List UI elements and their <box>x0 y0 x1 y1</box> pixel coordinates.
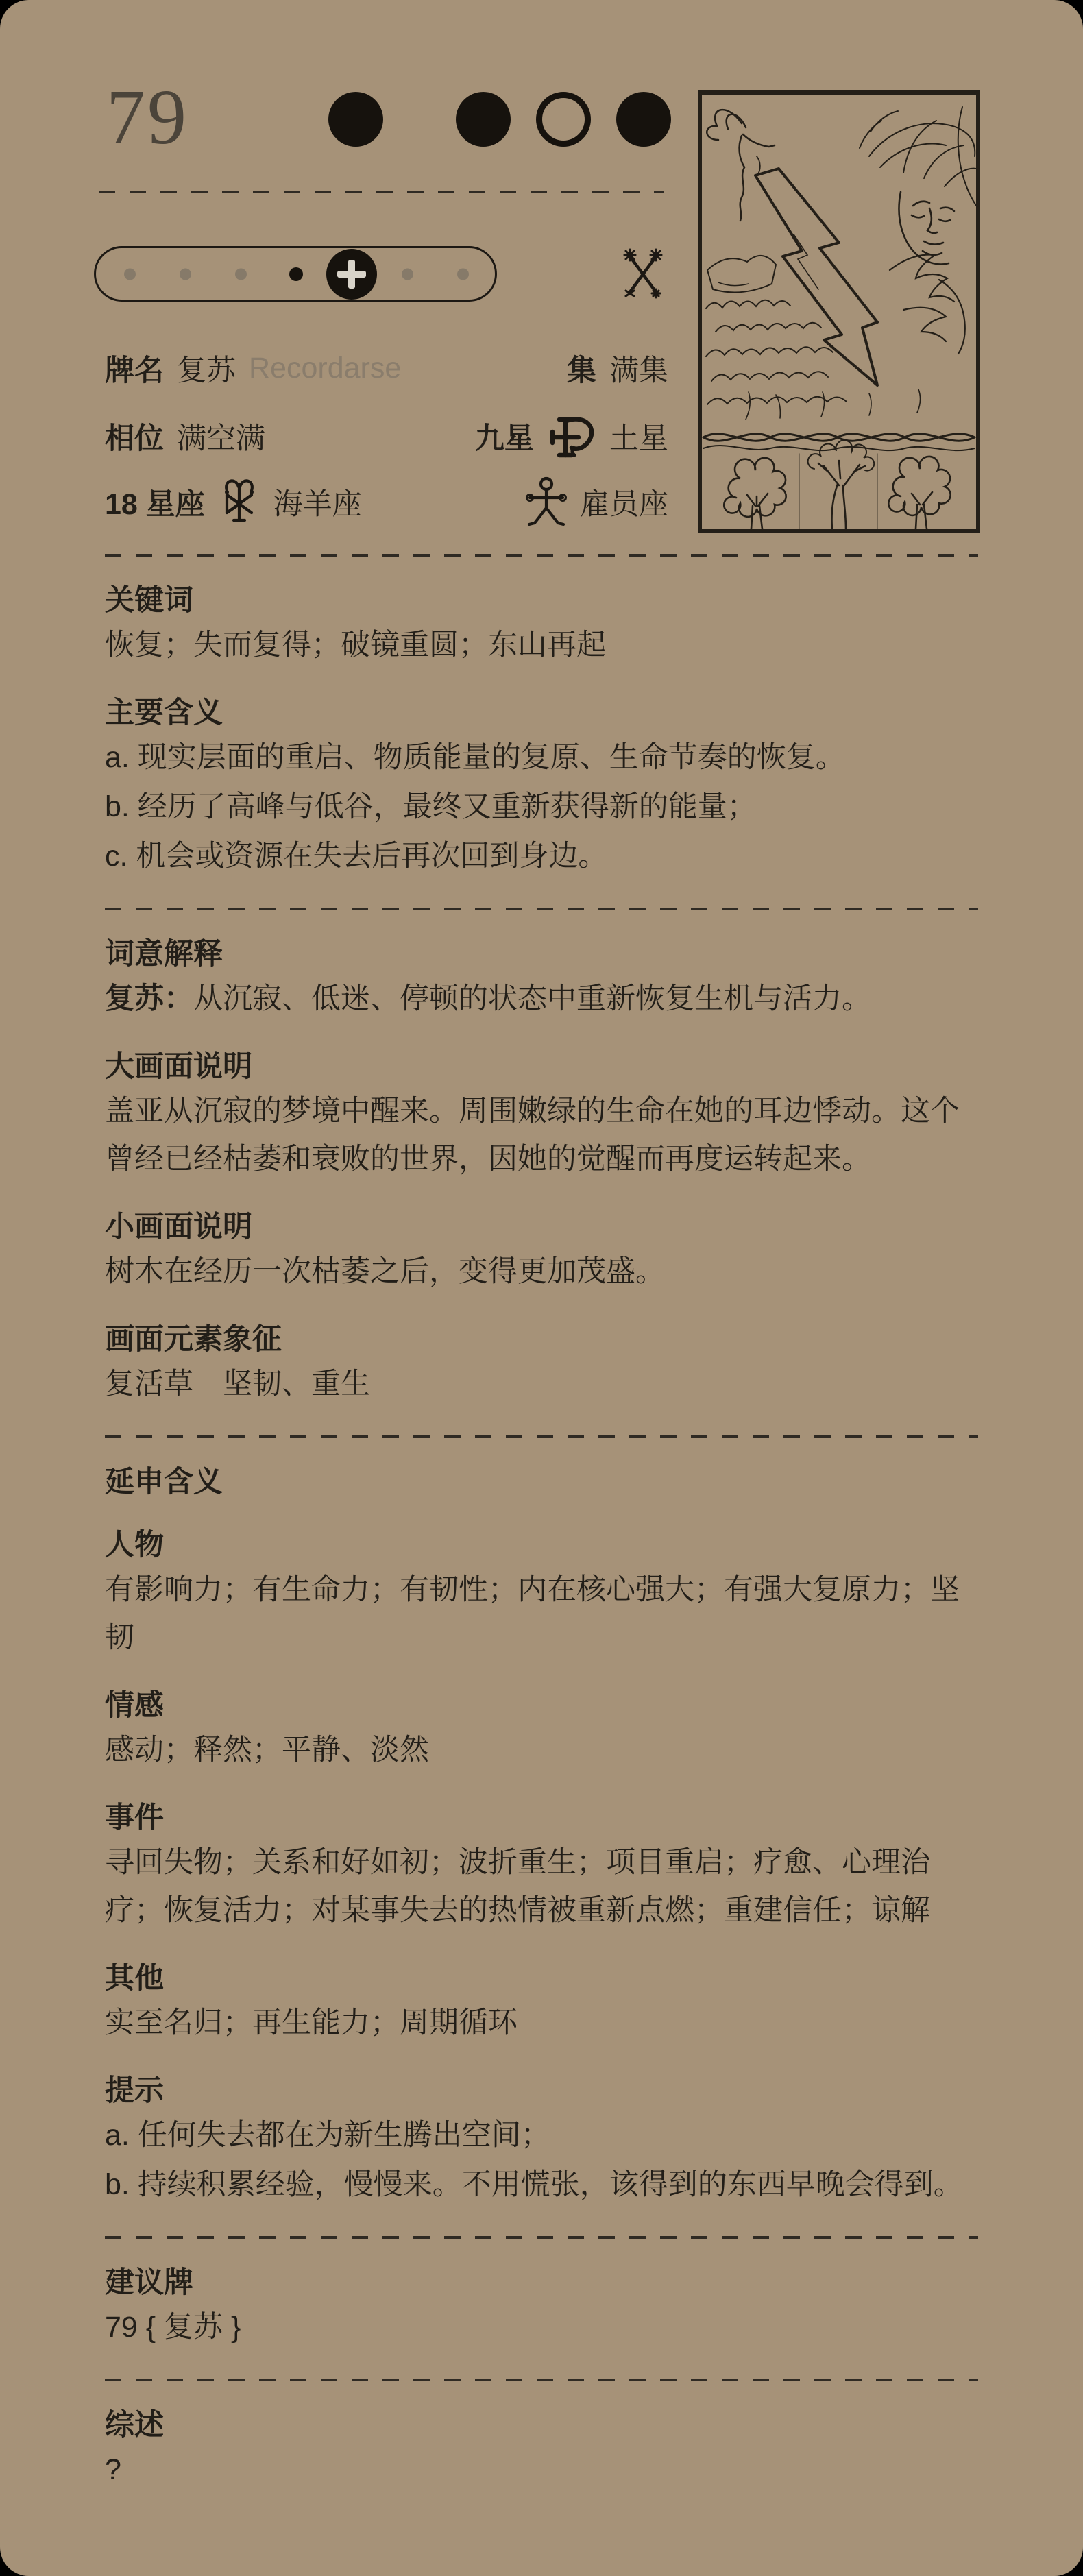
section-title-suggest: 建议牌 <box>105 2263 978 2302</box>
slider-dot[interactable] <box>457 268 469 280</box>
slider-dot[interactable] <box>124 268 136 280</box>
field-row-zodiac: 18 星座 海羊座 <box>105 476 668 528</box>
card-header: 79 <box>0 0 1083 554</box>
set-label: 集 <box>567 348 596 389</box>
tree-middle <box>808 440 875 529</box>
crossed-arrows-icon[interactable] <box>616 244 670 302</box>
section-title-tips: 提示 <box>105 2071 978 2110</box>
foliage <box>706 300 921 420</box>
section-title-explain: 词意解释 <box>105 935 978 973</box>
card-illustration <box>698 90 980 533</box>
section-title-small-picture: 小画面说明 <box>105 1208 978 1246</box>
section-divider <box>105 554 978 557</box>
name-value: 复苏 <box>177 348 236 389</box>
field-row-name: 牌名 复苏 Recordarse 集 满集 <box>105 346 668 390</box>
section-title-summary: 综述 <box>105 2406 978 2444</box>
name-label: 牌名 <box>105 348 164 389</box>
section-title-emotion: 情感 <box>105 1686 978 1725</box>
slider-dot[interactable] <box>289 267 303 281</box>
person-text: 有影响力；有生命力；有韧性；内在核心强大；有强大复原力；坚韧 <box>105 1566 978 1662</box>
phase-dot-filled <box>456 92 511 147</box>
header-divider <box>99 191 664 193</box>
tree-left <box>724 458 786 529</box>
section-divider <box>105 908 978 910</box>
zodiac-label: 18 星座 <box>105 481 205 523</box>
nine-star-value: 土星 <box>609 415 668 457</box>
wall-lines <box>799 454 877 529</box>
section-title-main-meaning: 主要含义 <box>105 694 978 732</box>
card-body: 关键词 恢复；失而复得；破镜重圆；东山再起 主要含义 a. 现实层面的重启、物质… <box>105 554 978 2494</box>
section-title-extended: 延申含义 <box>105 1463 978 1501</box>
slider-dot[interactable] <box>235 268 247 280</box>
fronds <box>890 254 965 354</box>
main-meaning-item: b. 经历了高峰与低谷，最终又重新获得新的能量； <box>105 783 978 831</box>
summary-text: ? <box>105 2446 978 2494</box>
section-title-keywords: 关键词 <box>105 581 978 620</box>
explain-body: 从沉寂、低迷、停顿的状态中重新恢复生机与活力。 <box>193 982 871 1015</box>
nine-star-label: 九星 <box>475 415 534 457</box>
slider-dot[interactable] <box>402 268 413 280</box>
main-meaning-item: c. 机会或资源在失去后再次回到身边。 <box>105 832 978 880</box>
tips-item: b. 持续积累经验，慢慢来。不用慌张，该得到的东西早晚会得到。 <box>105 2161 978 2209</box>
phase-dot-empty <box>536 92 591 147</box>
emotion-text: 感动；释然；平静、淡然 <box>105 1726 978 1774</box>
keywords-text: 恢复；失而复得；破镜重圆；东山再起 <box>105 621 978 669</box>
gaia-face <box>899 192 954 265</box>
other-text: 实至名归；再生能力；周期循环 <box>105 1999 978 2047</box>
section-divider <box>105 1435 978 1438</box>
phase-dot-filled <box>328 92 383 147</box>
tarot-card-detail: 79 <box>0 0 1083 2576</box>
big-picture-text: 盖亚从沉寂的梦境中醒来。周围嫩绿的生命在她的耳边悸动。这个曾经已经枯萎和衰败的世… <box>105 1087 978 1183</box>
section-divider <box>105 2236 978 2239</box>
section-title-person: 人物 <box>105 1526 978 1564</box>
field-row-phase: 相位 满空满 九星 土星 <box>105 410 668 462</box>
section-divider <box>105 2379 978 2381</box>
tips-item: a. 任何失去都在为新生腾出空间； <box>105 2111 978 2159</box>
section-title-other: 其他 <box>105 1959 978 1997</box>
slider-dot[interactable] <box>180 268 191 280</box>
slider-plus-button[interactable] <box>326 249 377 300</box>
explain-text: 复苏：从沉寂、低迷、停顿的状态中重新恢复生机与活力。 <box>105 975 978 1023</box>
symbols-text: 复活草 坚韧、重生 <box>105 1360 978 1408</box>
zodiac-alt-value: 雇员座 <box>580 481 668 523</box>
section-title-big-picture: 大画面说明 <box>105 1047 978 1086</box>
name-alt: Recordarse <box>249 352 401 385</box>
rocks <box>707 256 776 293</box>
branches <box>860 107 977 207</box>
suggest-text: 79 { 复苏 } <box>105 2303 978 2351</box>
phase-label: 相位 <box>105 415 164 457</box>
explain-lead: 复苏： <box>105 982 193 1015</box>
zodiac-value: 海羊座 <box>273 481 362 523</box>
event-text: 寻回失物；关系和好如初；波折重生；项目重启；疗愈、心理治疗；恢复活力；对某事失去… <box>105 1838 978 1934</box>
phase-value: 满空满 <box>177 415 265 457</box>
main-meaning-item: a. 现实层面的重启、物质能量的复原、生命节奏的恢复。 <box>105 733 978 781</box>
level-slider[interactable] <box>94 246 497 302</box>
card-number: 79 <box>106 78 188 156</box>
fairy-figure <box>707 110 775 221</box>
saturn-glyph-icon <box>547 411 596 461</box>
small-picture-text: 树木在经历一次枯萎之后，变得更加茂盛。 <box>105 1248 978 1296</box>
stick-figure-icon <box>526 476 567 527</box>
section-title-symbols: 画面元素象征 <box>105 1320 978 1359</box>
phase-dots <box>328 92 671 147</box>
section-title-event: 事件 <box>105 1799 978 1837</box>
sea-goat-sigil-icon <box>218 476 260 528</box>
set-value: 满集 <box>609 348 668 389</box>
tree-right <box>888 457 950 529</box>
phase-dot-filled <box>616 92 671 147</box>
